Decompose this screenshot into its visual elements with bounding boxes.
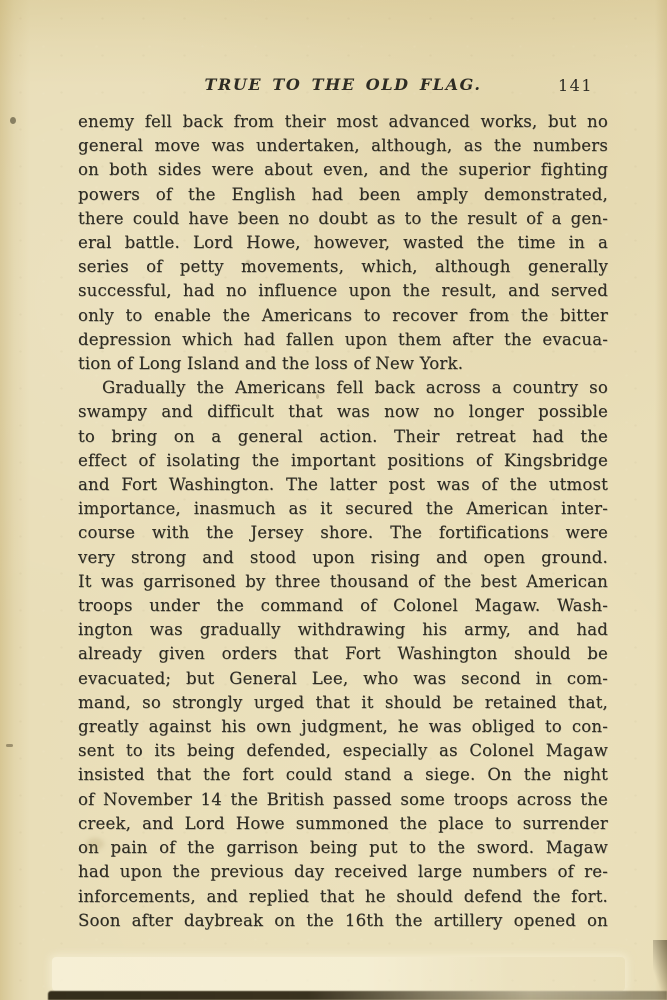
running-head-title: TRUE TO THE OLD FLAG. [78, 75, 608, 94]
text-line: inforcements, and replied that he should… [78, 885, 608, 909]
text-line: importance, inasmuch as it secured the A… [78, 497, 608, 521]
text-line: creek, and Lord Howe summoned the place … [78, 812, 608, 836]
text-line: already given orders that Fort Washingto… [78, 642, 608, 666]
text-line: sent to its being defended, especially a… [78, 739, 608, 763]
text-line: very strong and stood upon rising and op… [78, 546, 608, 570]
text-line: swampy and difficult that was now no lon… [78, 400, 608, 424]
text-line: Gradually the Americans fell back across… [78, 376, 608, 400]
paper-speck [316, 394, 319, 399]
text-line: only to enable the Americans to recover … [78, 304, 608, 328]
page-number: 141 [558, 76, 593, 95]
text-line: had upon the previous day received large… [78, 860, 608, 884]
paper-speck [10, 117, 16, 124]
text-line: insisted that the fort could stand a sie… [78, 763, 608, 787]
text-line: greatly against his own judgment, he was… [78, 715, 608, 739]
text-line: depression which had fallen upon them af… [78, 328, 608, 352]
text-line: successful, had no influence upon the re… [78, 279, 608, 303]
text-line: troops under the command of Colonel Maga… [78, 594, 608, 618]
text-line: on pain of the garrison being put to the… [78, 836, 608, 860]
corner-shadow [653, 940, 667, 1000]
text-line: It was garrisoned by three thousand of t… [78, 570, 608, 594]
book-page-scan: TRUE TO THE OLD FLAG. 141 enemy fell bac… [0, 0, 667, 1000]
text-line: on both sides were about even, and the s… [78, 158, 608, 182]
text-line: effect of isolating the important positi… [78, 449, 608, 473]
text-line: powers of the English had been amply dem… [78, 183, 608, 207]
paper-speck [6, 744, 13, 747]
text-line: tion of Long Island and the loss of New … [78, 352, 608, 376]
text-line: mand, so strongly urged that it should b… [78, 691, 608, 715]
text-line: Soon after daybreak on the 16th the arti… [78, 909, 608, 933]
text-line: ington was gradually withdrawing his arm… [78, 618, 608, 642]
paper-stain [86, 838, 104, 850]
text-line: general move was undertaken, although, a… [78, 134, 608, 158]
text-line: eral battle. Lord Howe, however, wasted … [78, 231, 608, 255]
text-line: course with the Jersey shore. The fortif… [78, 521, 608, 545]
text-line: of November 14 the British passed some t… [78, 788, 608, 812]
paper-speck [246, 260, 250, 264]
text-line: there could have been no doubt as to the… [78, 207, 608, 231]
text-line: enemy fell back from their most advanced… [78, 110, 608, 134]
text-line: series of petty movements, which, althou… [78, 255, 608, 279]
text-line: to bring on a general action. Their retr… [78, 425, 608, 449]
body-text-block: enemy fell back from their most advanced… [78, 110, 608, 933]
page-stack-edge [52, 957, 625, 991]
text-line: and Fort Washington. The latter post was… [78, 473, 608, 497]
book-bottom-edge [48, 991, 667, 1000]
text-line: evacuated; but General Lee, who was seco… [78, 667, 608, 691]
